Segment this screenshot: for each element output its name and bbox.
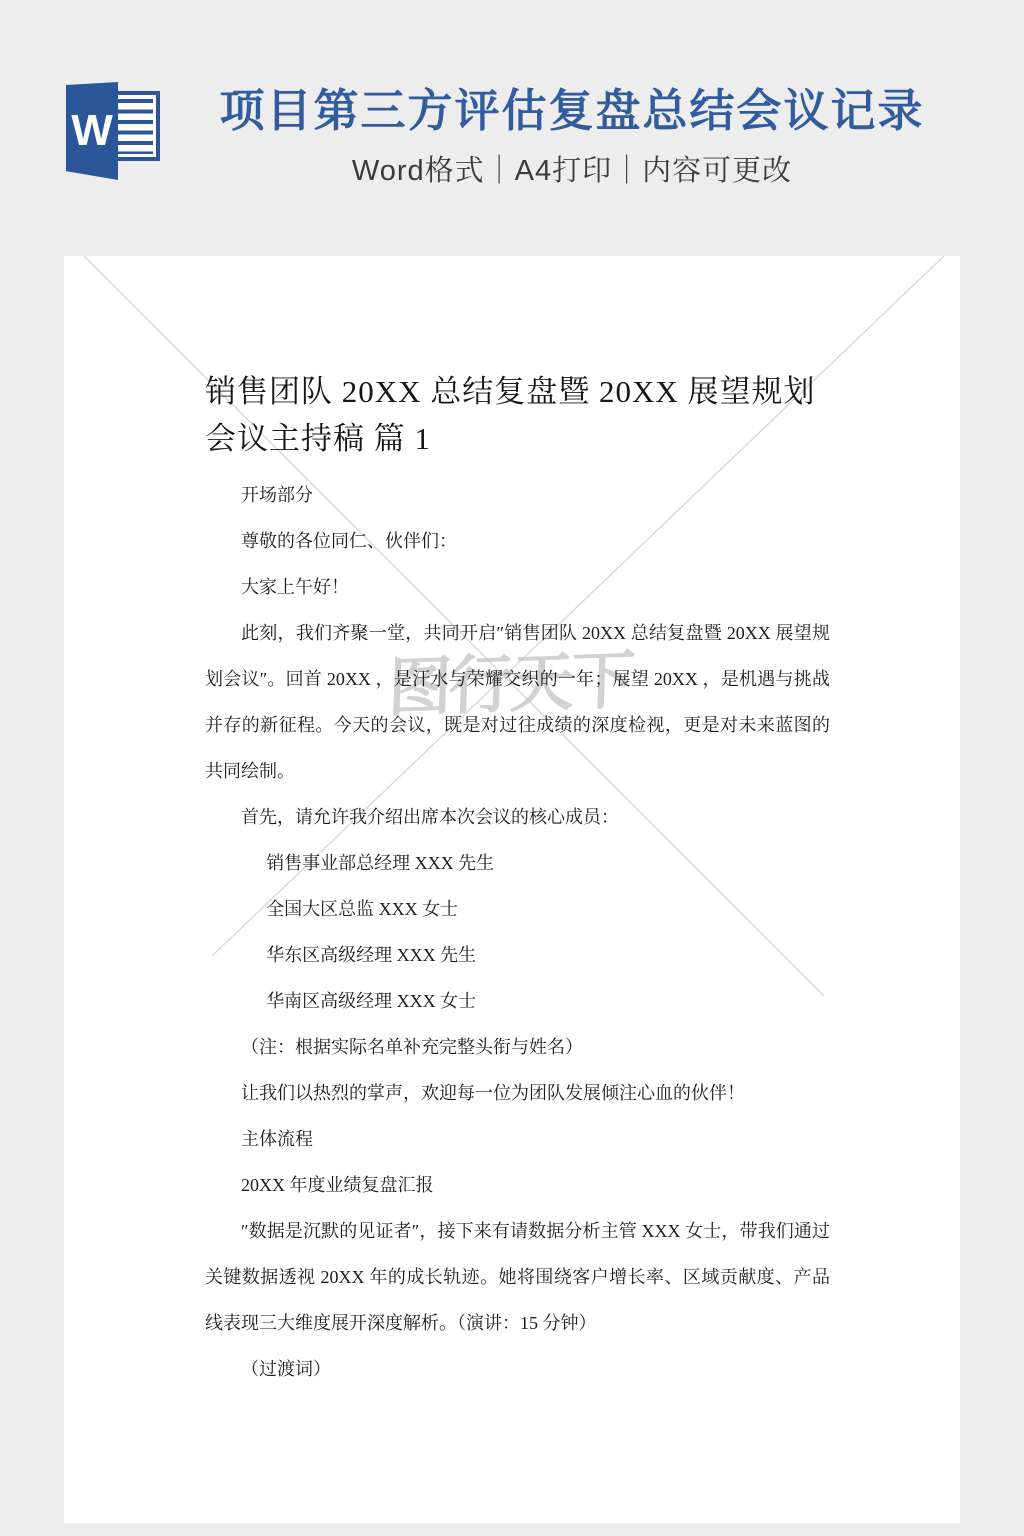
- template-preview-page: { "colors": { "word_brand_blue": "#2b579…: [0, 0, 1024, 1536]
- doc-line: 华南区高级经理 XXX 女士: [205, 978, 830, 1024]
- document-body: 开场部分尊敬的各位同仁、伙伴们：大家上午好！此刻，我们齐聚一堂，共同开启″销售团…: [205, 472, 830, 1392]
- header: W 项目第三方评估复盘总结会议记录 Word格式｜A4打印｜内容可更改: [0, 0, 1024, 256]
- word-document-lines-icon: [114, 99, 153, 154]
- doc-line: （注：根据实际名单补充完整头衔与姓名）: [205, 1024, 830, 1070]
- doc-line: 大家上午好！: [205, 564, 830, 610]
- doc-line: 开场部分: [205, 472, 830, 518]
- header-text-block: 项目第三方评估复盘总结会议记录 Word格式｜A4打印｜内容可更改: [170, 86, 974, 189]
- doc-line: 全国大区总监 XXX 女士: [205, 886, 830, 932]
- doc-line: 尊敬的各位同仁、伙伴们：: [205, 518, 830, 564]
- doc-line: 华东区高级经理 XXX 先生: [205, 932, 830, 978]
- doc-line: ″数据是沉默的见证者″，接下来有请数据分析主管 XXX 女士，带我们通过关键数据…: [205, 1208, 830, 1346]
- page-subtitle: Word格式｜A4打印｜内容可更改: [170, 148, 974, 189]
- word-w-cover-icon: W: [66, 82, 118, 180]
- page-title: 项目第三方评估复盘总结会议记录: [170, 86, 974, 136]
- doc-line: 此刻，我们齐聚一堂，共同开启″销售团队 20XX 总结复盘暨 20XX 展望规划…: [205, 610, 830, 794]
- doc-line: 销售事业部总经理 XXX 先生: [205, 840, 830, 886]
- doc-line: 首先，请允许我介绍出席本次会议的核心成员：: [205, 794, 830, 840]
- doc-line: 20XX 年度业绩复盘汇报: [205, 1162, 830, 1208]
- document-title: 销售团队 20XX 总结复盘暨 20XX 展望规划会议主持稿 篇 1: [205, 368, 830, 462]
- doc-line: 让我们以热烈的掌声，欢迎每一位为团队发展倾注心血的伙伴！: [205, 1070, 830, 1116]
- document-content: 销售团队 20XX 总结复盘暨 20XX 展望规划会议主持稿 篇 1 开场部分尊…: [205, 368, 830, 1392]
- document-page: 图行天下 销售团队 20XX 总结复盘暨 20XX 展望规划会议主持稿 篇 1 …: [64, 256, 960, 1523]
- doc-line: （过渡词）: [205, 1346, 830, 1392]
- doc-line: 主体流程: [205, 1116, 830, 1162]
- word-logo-icon: W: [66, 82, 158, 180]
